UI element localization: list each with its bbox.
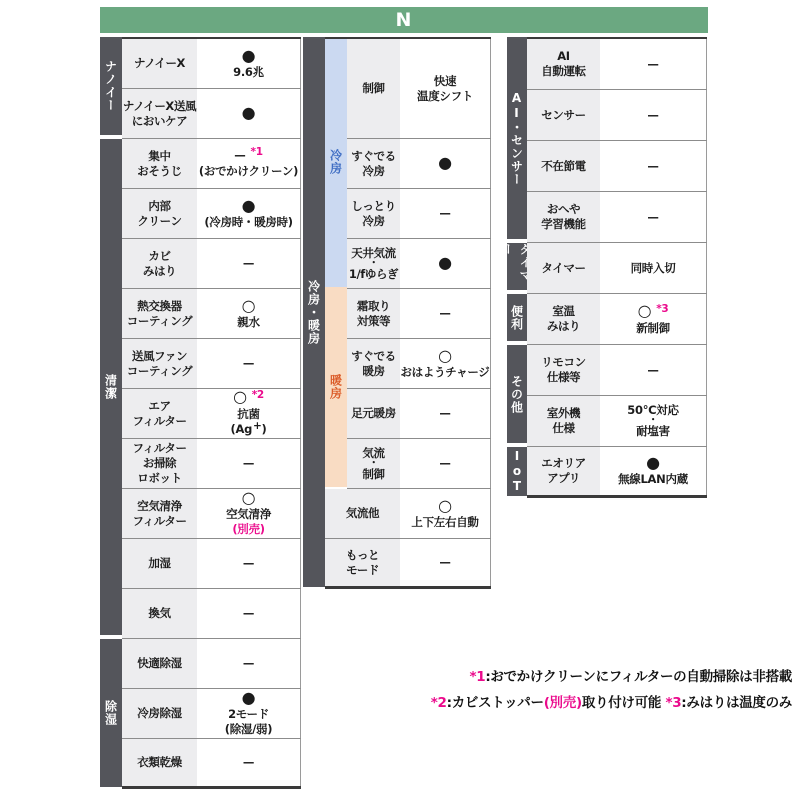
feature-name-line: 室外機: [547, 406, 580, 421]
feature-value-cell: ○親水: [197, 289, 301, 338]
feature-value-line: 耐塩害: [636, 424, 670, 439]
feature-value-line: ○: [242, 298, 256, 315]
row-cells: 衣類乾燥—: [122, 739, 301, 789]
spec-row: カビみはり—: [122, 239, 301, 289]
feature-value-cell: ○上下左右自動: [400, 489, 491, 538]
value-text: —: [439, 306, 450, 320]
row-cells: ナノイーX送風においケア●: [122, 89, 301, 139]
feature-name-cell: センサー: [527, 90, 600, 140]
feature-value-line: (Ag+): [231, 422, 267, 438]
value-text: (冷房時・暖房時): [204, 215, 292, 229]
feature-value-line: ○: [438, 498, 452, 515]
feature-name-line: 暖房: [362, 364, 384, 379]
feature-value-line: —: [439, 306, 450, 321]
value-text: (除湿/弱): [225, 722, 272, 736]
status-symbol: ●: [438, 153, 452, 172]
feature-name-line: フィルター: [132, 514, 186, 529]
value-text: 空気清浄: [226, 507, 271, 521]
status-symbol: ●: [242, 46, 256, 65]
feature-value-line: —: [439, 206, 450, 221]
status-symbol: ○: [242, 296, 256, 315]
footnote-text: :カビストッパー: [447, 695, 544, 711]
value-text: ): [262, 422, 267, 436]
feature-name-cell: 空気清浄フィルター: [122, 489, 197, 538]
right-spec-table: AI・センサータイマー便利その他IoTAI自動運転—センサー—不在節電—おへや学…: [507, 37, 707, 496]
spec-row: しっとり冷房—: [325, 189, 491, 239]
feature-value-cell: —: [600, 192, 707, 242]
feature-name-line: お掃除: [143, 456, 176, 471]
feature-value-cell: —: [400, 289, 491, 338]
feature-value-cell: ○おはようチャージ: [400, 339, 491, 388]
value-text: —: [439, 206, 450, 220]
value-text: —: [243, 755, 254, 769]
feature-name-line: 冷房: [362, 214, 384, 229]
feature-name-cell: 集中おそうじ: [122, 139, 197, 188]
value-text: 新制御: [636, 321, 670, 335]
footnote-marker: *2: [252, 389, 264, 401]
row-cells: エオリアアプリ●無線LAN内蔵: [527, 447, 707, 498]
row-cells: 気流他○上下左右自動: [325, 489, 491, 539]
feature-value-cell: —: [600, 141, 707, 191]
feature-name-line: においケア: [132, 114, 188, 129]
footnote-line: *2:カビストッパー(別売)取り付け可能 *3:みはりは温度のみ: [431, 690, 792, 716]
feature-value-line: —: [647, 363, 658, 378]
feature-name-cell: エアフィルター: [122, 389, 197, 438]
footnote-marker: (別売): [232, 522, 264, 536]
feature-name-line: 冷房除湿: [137, 706, 181, 721]
feature-name-cell: タイマー: [527, 243, 600, 293]
feature-value-line: (別売): [232, 522, 264, 537]
feature-value-line: ●: [242, 690, 256, 707]
feature-name-line: 自動運転: [541, 64, 585, 79]
status-symbol: ●: [242, 689, 256, 707]
feature-value-cell: 快速温度シフト: [400, 39, 491, 138]
feature-value-cell: ●: [400, 139, 491, 188]
feature-name-cell: ナノイーX: [122, 39, 197, 88]
status-symbol: ○: [242, 489, 256, 507]
feature-value-line: ●: [438, 255, 452, 272]
feature-name-line: 制御: [362, 81, 384, 96]
row-cells: 冷房除湿●2モード(除湿/弱): [122, 689, 301, 739]
footnote-text: :みはりは温度のみ: [681, 695, 792, 711]
footnote-marker: *2: [431, 695, 447, 711]
feature-name-cell: 換気: [122, 589, 197, 638]
feature-value-line: —: [243, 556, 254, 571]
feature-name-cell: 気流他: [325, 489, 400, 538]
row-cells: 内部クリーン●(冷房時・暖房時): [122, 189, 301, 239]
feature-name-line: みはり: [547, 319, 580, 334]
footnote-marker: *1: [251, 146, 263, 158]
status-symbol: ○: [638, 301, 652, 320]
value-text: —: [234, 148, 245, 162]
value-text: 抗菌: [237, 407, 259, 421]
spec-row: すぐでる暖房○おはようチャージ: [325, 339, 491, 389]
feature-value-line: ○: [242, 490, 256, 507]
feature-name-line: おへや: [547, 202, 580, 217]
feature-value-line: 快速: [434, 74, 456, 89]
subcategory-strip-space: [325, 239, 347, 289]
row-cells: 快適除湿—: [122, 639, 301, 689]
value-text: —: [439, 406, 450, 420]
feature-value-cell: ●(冷房時・暖房時): [197, 189, 301, 238]
feature-value-line: 親水: [237, 315, 259, 330]
value-text: 上下左右自動: [411, 515, 478, 529]
category-bar: 便利: [507, 294, 527, 341]
category-bar: IoT: [507, 447, 527, 496]
status-symbol: ●: [438, 253, 452, 272]
feature-value-line: —: [243, 456, 254, 471]
feature-value-cell: —: [197, 339, 301, 388]
status-symbol: ●: [646, 453, 660, 472]
feature-value-line: —: [439, 456, 450, 471]
spec-row: もっとモード—: [325, 539, 491, 589]
footnote-marker: *3: [665, 695, 681, 711]
value-text: —: [647, 57, 658, 71]
row-cells: 室外機仕様50°C対応・耐塩害: [527, 396, 707, 447]
feature-name-line: AI: [557, 49, 569, 64]
feature-value-cell: —: [197, 739, 301, 786]
feature-value-cell: —: [400, 439, 491, 488]
feature-name-cell: 霜取り対策等: [347, 289, 400, 338]
row-cells: もっとモード—: [325, 539, 491, 589]
value-text: 無線LAN内蔵: [618, 472, 688, 486]
feature-name-cell: 冷房除湿: [122, 689, 197, 738]
feature-name-line: 加湿: [148, 556, 170, 571]
feature-name-line: タイマー: [541, 261, 585, 276]
feature-value-line: —: [243, 356, 254, 371]
feature-name-line: 内部: [148, 199, 170, 214]
feature-value-line: —: [243, 755, 254, 770]
feature-name-line: エア: [148, 399, 170, 414]
feature-name-line: 仕様: [552, 421, 574, 436]
value-text: —: [243, 656, 254, 670]
spec-row: AI自動運転—: [527, 39, 707, 90]
feature-name-line: コーティング: [127, 314, 192, 329]
feature-name-cell: 室温みはり: [527, 294, 600, 344]
status-symbol: ●: [242, 196, 256, 215]
feature-name-line: 快適除湿: [137, 656, 181, 671]
feature-value-cell: 同時入切: [600, 243, 707, 293]
feature-value-line: —: [243, 656, 254, 671]
value-text: (おでかけクリーン): [199, 164, 298, 178]
row-cells: 足元暖房—: [347, 389, 491, 439]
category-bar: 清潔: [100, 139, 122, 635]
feature-value-line: —: [243, 256, 254, 271]
feature-name-cell: AI自動運転: [527, 39, 600, 89]
feature-name-line: ロボット: [137, 471, 181, 486]
feature-name-cell: おへや学習機能: [527, 192, 600, 242]
feature-name-cell: 衣類乾燥: [122, 739, 197, 786]
footnote-marker: (別売): [544, 695, 582, 711]
feature-value-line: ○*3: [638, 303, 669, 321]
spec-row: 内部クリーン●(冷房時・暖房時): [122, 189, 301, 239]
category-bar: その他: [507, 345, 527, 443]
spec-row: すぐでる冷房●: [325, 139, 491, 189]
category-bar: タイマー: [507, 243, 527, 290]
feature-value-line: 同時入切: [631, 261, 676, 276]
row-cells: カビみはり—: [122, 239, 301, 289]
row-cells: すぐでる暖房○おはようチャージ: [347, 339, 491, 389]
feature-value-cell: —: [197, 589, 301, 638]
feature-name-line: カビ: [148, 249, 170, 264]
spec-row: 換気—: [122, 589, 301, 639]
spec-row: エアフィルター○*2抗菌(Ag+): [122, 389, 301, 439]
feature-name-line: 換気: [148, 606, 170, 621]
feature-value-line: —: [439, 406, 450, 421]
subcategory-strip-space: [325, 389, 347, 439]
feature-name-line: 制御: [362, 467, 384, 482]
category-bar: 冷房・暖房: [303, 37, 325, 587]
feature-name-line: モード: [346, 563, 379, 578]
status-symbol: ○: [233, 389, 247, 406]
feature-value-line: —*1: [234, 148, 262, 164]
spec-row: 冷房除湿●2モード(除湿/弱): [122, 689, 301, 739]
feature-value-cell: —: [400, 189, 491, 238]
feature-value-line: (冷房時・暖房時): [204, 215, 292, 230]
feature-value-cell: —: [197, 639, 301, 688]
spec-row: 送風ファンコーティング—: [122, 339, 301, 389]
subcategory-strip-space: [325, 39, 347, 139]
spec-row: 足元暖房—: [325, 389, 491, 439]
value-text: 快速: [434, 74, 456, 88]
category-bar: 除湿: [100, 639, 122, 787]
feature-name-line: 送風ファン: [132, 349, 187, 364]
feature-name-cell: 快適除湿: [122, 639, 197, 688]
spec-row: 霜取り対策等—: [325, 289, 491, 339]
footnote-marker: *3: [656, 303, 668, 315]
feature-name-line: コーティング: [127, 364, 192, 379]
value-text: —: [647, 159, 658, 173]
row-cells: エアフィルター○*2抗菌(Ag+): [122, 389, 301, 439]
feature-value-cell: —*1(おでかけクリーン): [197, 139, 301, 188]
feature-name-cell: リモコン仕様等: [527, 345, 600, 395]
feature-name-line: 足元暖房: [351, 406, 395, 421]
feature-value-cell: ●無線LAN内蔵: [600, 447, 707, 495]
feature-name-cell: 天井気流・1/fゆらぎ: [347, 239, 400, 288]
feature-name-cell: 不在節電: [527, 141, 600, 191]
row-cells: 空気清浄フィルター○空気清浄(別売): [122, 489, 301, 539]
feature-value-cell: —: [600, 345, 707, 395]
subcategory-strip-space: [325, 339, 347, 389]
feature-name-line: 霜取り: [357, 299, 390, 314]
spec-row: 気流他○上下左右自動: [325, 489, 491, 539]
feature-name-cell: しっとり冷房: [347, 189, 400, 238]
feature-value-cell: 50°C対応・耐塩害: [600, 396, 707, 446]
feature-value-cell: —: [197, 239, 301, 288]
feature-name-line: もっと: [346, 548, 379, 563]
spec-row: センサー—: [527, 90, 707, 141]
feature-value-line: —: [243, 606, 254, 621]
value-text: 温度シフト: [417, 89, 473, 103]
rows-column: ナノイーX●9.6兆ナノイーX送風においケア●集中おそうじ—*1(おでかけクリー…: [122, 37, 301, 789]
feature-value-line: —: [439, 555, 450, 570]
feature-name-cell: 気流・制御: [347, 439, 400, 488]
feature-value-cell: ○空気清浄(別売): [197, 489, 301, 538]
feature-value-cell: ●: [400, 239, 491, 288]
feature-value-line: 空気清浄: [226, 507, 271, 522]
feature-name-line: 熱交換器: [137, 299, 181, 314]
spec-row: 快適除湿—: [122, 639, 301, 689]
rows-column: AI自動運転—センサー—不在節電—おへや学習機能—タイマー同時入切室温みはり○*…: [527, 37, 707, 498]
spec-row: エオリアアプリ●無線LAN内蔵: [527, 447, 707, 498]
middle-spec-table: 冷房・暖房冷房暖房制御快速温度シフトすぐでる冷房●しっとり冷房—天井気流・1/f…: [303, 37, 491, 587]
feature-name-line: 衣類乾燥: [137, 755, 181, 770]
value-text: (Ag: [231, 422, 253, 436]
spec-row: 不在節電—: [527, 141, 707, 192]
row-cells: タイマー同時入切: [527, 243, 707, 294]
spec-row: 空気清浄フィルター○空気清浄(別売): [122, 489, 301, 539]
feature-name-line: 室温: [552, 304, 574, 319]
row-cells: 換気—: [122, 589, 301, 639]
feature-value-line: 2モード: [228, 707, 269, 722]
feature-value-line: ●: [242, 105, 256, 122]
row-cells: 気流・制御—: [347, 439, 491, 489]
feature-value-line: ●: [646, 455, 660, 472]
value-text: —: [243, 556, 254, 570]
value-text: 耐塩害: [636, 424, 670, 438]
feature-value-line: ○*2: [233, 389, 264, 407]
value-text: 2モード: [228, 707, 269, 721]
feature-name-line: エオリア: [541, 456, 585, 471]
feature-name-cell: 加湿: [122, 539, 197, 588]
feature-name-line: 不在節電: [541, 159, 585, 174]
row-cells: 制御快速温度シフト: [347, 39, 491, 139]
row-cells: 送風ファンコーティング—: [122, 339, 301, 389]
status-symbol: ○: [438, 346, 452, 365]
feature-name-cell: 足元暖房: [347, 389, 400, 438]
feature-name-line: 気流他: [346, 506, 379, 521]
feature-value-line: ●: [242, 48, 256, 65]
feature-value-cell: ○*2抗菌(Ag+): [197, 389, 301, 438]
feature-name-line: フィルター: [132, 441, 186, 456]
value-text: —: [647, 108, 658, 122]
feature-value-cell: —: [197, 539, 301, 588]
subcategory-strip-space: [325, 189, 347, 239]
feature-name-line: 対策等: [357, 314, 390, 329]
feature-value-line: —: [647, 57, 658, 72]
spec-row: フィルターお掃除ロボット—: [122, 439, 301, 489]
feature-value-line: おはようチャージ: [400, 365, 489, 380]
feature-name-line: しっとり: [351, 199, 395, 214]
feature-value-line: 9.6兆: [233, 65, 264, 80]
row-cells: AI自動運転—: [527, 39, 707, 90]
feature-name-line: センサー: [541, 108, 585, 123]
value-text: —: [243, 256, 254, 270]
spec-row: 熱交換器コーティング○親水: [122, 289, 301, 339]
footnote-text: 取り付け可能: [582, 695, 666, 711]
feature-name-line: 学習機能: [541, 217, 585, 232]
feature-value-line: 新制御: [636, 321, 670, 336]
feature-name-line: すぐでる: [351, 349, 395, 364]
feature-name-line: ナノイーX送風: [123, 99, 196, 114]
category-bar: AI・センサー: [507, 37, 527, 239]
status-symbol: ●: [242, 103, 256, 122]
value-text: 親水: [237, 315, 259, 329]
value-text: —: [243, 606, 254, 620]
footnotes: *1:おでかけクリーンにフィルターの自動掃除は非搭載*2:カビストッパー(別売)…: [431, 664, 792, 716]
footnote-marker: *1: [469, 669, 485, 685]
row-cells: 天井気流・1/fゆらぎ●: [347, 239, 491, 289]
feature-value-line: ●: [242, 198, 256, 215]
spec-row: 室外機仕様50°C対応・耐塩害: [527, 396, 707, 447]
subcategory-strip-space: [325, 139, 347, 189]
feature-value-line: —: [647, 159, 658, 174]
value-text: 同時入切: [631, 261, 676, 275]
feature-value-line: 温度シフト: [417, 89, 473, 104]
feature-value-cell: ●: [197, 89, 301, 138]
feature-value-line: (除湿/弱): [225, 722, 272, 737]
feature-name-cell: 制御: [347, 39, 400, 138]
feature-name-cell: カビみはり: [122, 239, 197, 288]
row-cells: 不在節電—: [527, 141, 707, 192]
feature-name-line: ナノイーX: [134, 56, 185, 71]
row-cells: センサー—: [527, 90, 707, 141]
footnote-text: :おでかけクリーンにフィルターの自動掃除は非搭載: [485, 669, 792, 685]
feature-value-cell: —: [400, 539, 491, 586]
feature-name-line: 1/fゆらぎ: [349, 267, 398, 282]
row-cells: 加湿—: [122, 539, 301, 589]
feature-value-line: ○: [438, 348, 452, 365]
row-cells: 集中おそうじ—*1(おでかけクリーン): [122, 139, 301, 189]
feature-value-cell: ●2モード(除湿/弱): [197, 689, 301, 738]
feature-name-cell: もっとモード: [325, 539, 400, 586]
subcategory-strip-space: [325, 289, 347, 339]
value-text: 9.6兆: [233, 65, 264, 79]
feature-name-cell: エオリアアプリ: [527, 447, 600, 495]
feature-name-line: クリーン: [137, 214, 181, 229]
footnote-line: *1:おでかけクリーンにフィルターの自動掃除は非搭載: [431, 664, 792, 690]
row-cells: すぐでる冷房●: [347, 139, 491, 189]
subcategory-strip-space: [325, 439, 347, 489]
feature-name-line: おそうじ: [137, 164, 181, 179]
feature-name-line: みはり: [143, 264, 176, 279]
feature-name-cell: すぐでる暖房: [347, 339, 400, 388]
feature-name-line: 集中: [148, 149, 170, 164]
feature-value-line: (おでかけクリーン): [199, 164, 298, 179]
feature-name-cell: すぐでる冷房: [347, 139, 400, 188]
spec-row: タイマー同時入切: [527, 243, 707, 294]
spec-row: おへや学習機能—: [527, 192, 707, 243]
row-cells: 霜取り対策等—: [347, 289, 491, 339]
feature-name-cell: フィルターお掃除ロボット: [122, 439, 197, 488]
spec-row: 気流・制御—: [325, 439, 491, 489]
spec-row: 天井気流・1/fゆらぎ●: [325, 239, 491, 289]
spec-row: 衣類乾燥—: [122, 739, 301, 789]
value-text: —: [647, 363, 658, 377]
row-cells: リモコン仕様等—: [527, 345, 707, 396]
feature-name-cell: 送風ファンコーティング: [122, 339, 197, 388]
feature-name-line: リモコン: [541, 355, 585, 370]
spec-row: 制御快速温度シフト: [325, 39, 491, 139]
feature-value-cell: —: [600, 90, 707, 140]
spec-row: リモコン仕様等—: [527, 345, 707, 396]
feature-name-line: 冷房: [362, 164, 384, 179]
feature-name-cell: 内部クリーン: [122, 189, 197, 238]
feature-value-cell: —: [400, 389, 491, 438]
spec-row: ナノイーX●9.6兆: [122, 39, 301, 89]
feature-name-cell: 熱交換器コーティング: [122, 289, 197, 338]
value-text: —: [439, 555, 450, 569]
row-cells: おへや学習機能—: [527, 192, 707, 243]
spec-row: ナノイーX送風においケア●: [122, 89, 301, 139]
feature-value-line: ●: [438, 155, 452, 172]
value-text: おはようチャージ: [400, 365, 489, 379]
value-text: —: [439, 456, 450, 470]
rows-column: 制御快速温度シフトすぐでる冷房●しっとり冷房—天井気流・1/fゆらぎ●霜取り対策…: [325, 37, 491, 589]
feature-value-cell: ●9.6兆: [197, 39, 301, 88]
feature-name-line: フィルター: [132, 414, 186, 429]
spec-row: 集中おそうじ—*1(おでかけクリーン): [122, 139, 301, 189]
